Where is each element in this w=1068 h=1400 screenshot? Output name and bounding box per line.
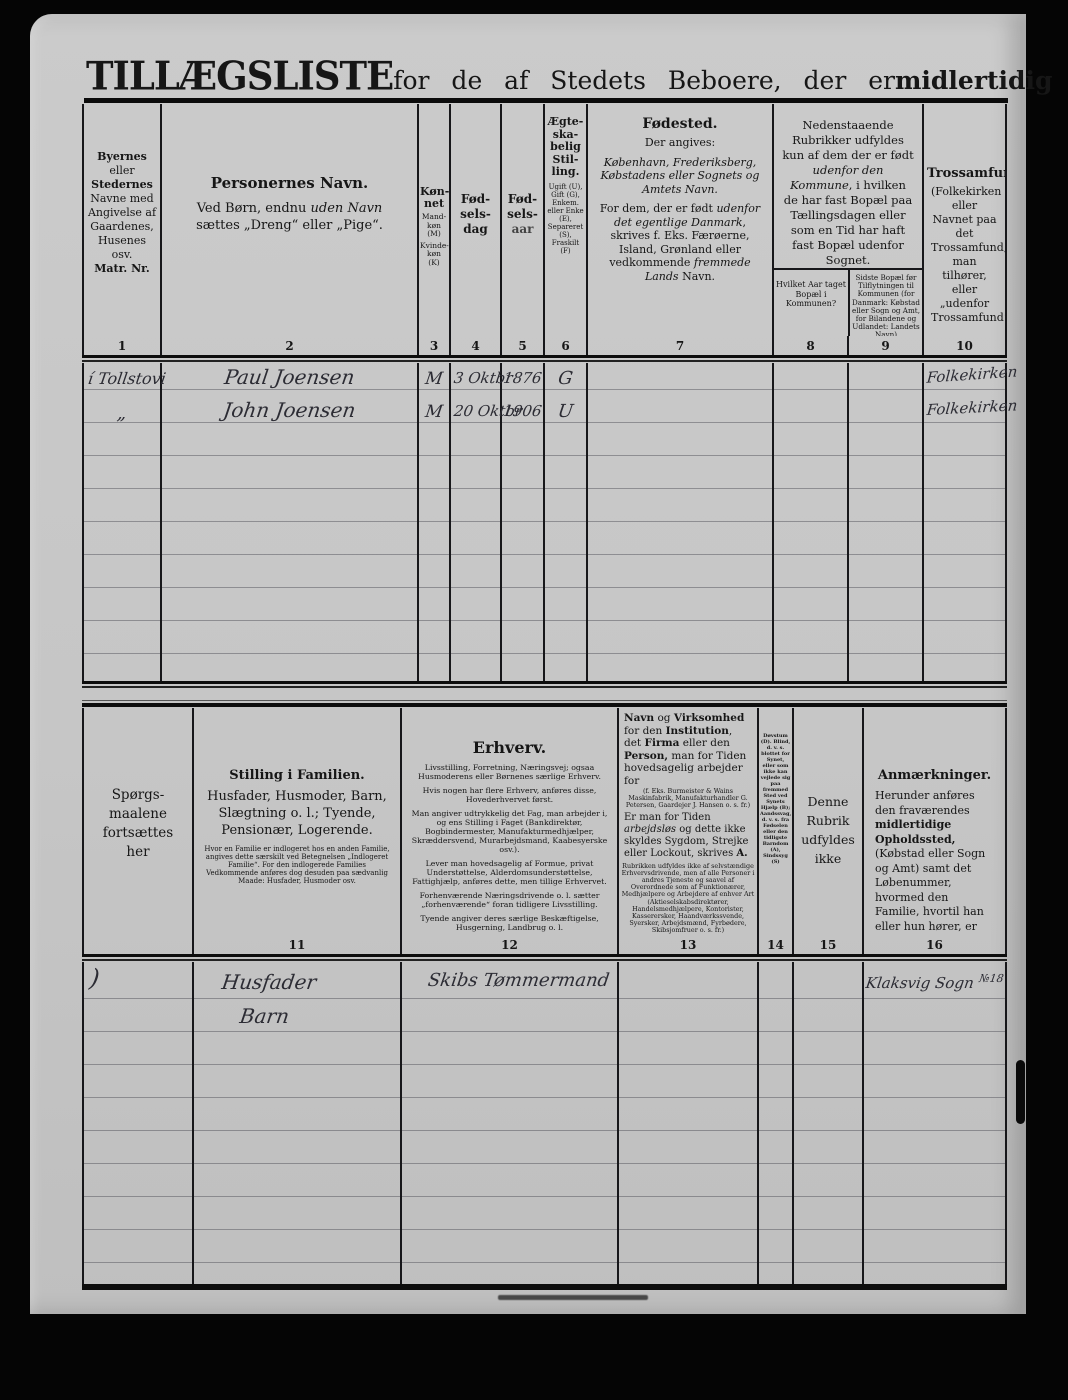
upper-table-header: Byernes eller Stedernes Navne med Angive… bbox=[82, 104, 1007, 336]
body-col-side: ) bbox=[84, 962, 194, 1284]
printer-imprint bbox=[498, 1295, 648, 1300]
entry-religion-row1: Folkekirken bbox=[926, 363, 1006, 386]
upper-table: Byernes eller Stedernes Navne med Angive… bbox=[82, 104, 1007, 689]
col1-matrnr: Matr. Nr. bbox=[87, 262, 157, 276]
body-col-remarks: Klaksvig Sogn №18 bbox=[864, 962, 1007, 1284]
colnum-10: 10 bbox=[924, 336, 1007, 355]
col7-p3: For dem, der er født udenfor det egentli… bbox=[591, 202, 769, 283]
col5-header: Fød-sels-aar bbox=[502, 104, 545, 336]
col3-header: Køn-net Mand-køn(M) Kvinde-køn(K) bbox=[419, 104, 451, 336]
census-form-page: TILLÆGSLISTE for de af Stedets Beboere, … bbox=[30, 14, 1026, 1314]
entry-remark-row1: Klaksvig Sogn №18 bbox=[865, 972, 1007, 992]
body-col-occupation: Skibs Tømmermand bbox=[402, 962, 619, 1284]
upper-table-column-numbers: 1 2 3 4 5 6 7 8 9 10 bbox=[82, 336, 1007, 355]
col5-title: Fød-sels-aar bbox=[505, 192, 540, 237]
col10-header: Trossamfund (Folkekirken eller Navnet pa… bbox=[924, 104, 1007, 336]
col11-header: Stilling i Familien. Husfader, Husmoder,… bbox=[194, 708, 402, 935]
entry-place-row1: í Tollstovi bbox=[87, 369, 162, 388]
colnum-side-empty bbox=[84, 935, 194, 954]
col11-sub: Husfader, Husmoder, Barn, Slægtning o. l… bbox=[197, 788, 397, 839]
colnum-15: 15 bbox=[794, 935, 864, 954]
colnum-3: 3 bbox=[419, 336, 451, 355]
col8-subheader: Hvilket Aar taget Bopæl i Kommunen? bbox=[774, 270, 848, 336]
colnum-13: 13 bbox=[619, 935, 759, 954]
col2-sub: Ved Børn, endnu uden Navn sættes „Dreng“… bbox=[165, 200, 414, 234]
col15-note: DenneRubrikudfyldesikke bbox=[797, 792, 859, 868]
entry-sex-row1: M bbox=[418, 369, 451, 389]
col1-header: Byernes eller Stedernes Navne med Angive… bbox=[84, 104, 162, 336]
body-col-name: Paul Joensen John Joensen bbox=[162, 363, 419, 681]
body-col-last-residence bbox=[849, 363, 924, 681]
col7-header: Fødested. Der angives: København, Freder… bbox=[588, 104, 774, 336]
colnum-9: 9 bbox=[849, 336, 924, 355]
col13-fine1: (f. Eks. Burmeister & Wains Maskinfabrik… bbox=[621, 788, 755, 810]
title-rule bbox=[84, 98, 1008, 103]
col13-fine2: Rubrikken udfyldes ikke af selvstændige … bbox=[621, 863, 755, 935]
col4-title: Fød-sels-dag bbox=[454, 192, 497, 237]
colnum-11: 11 bbox=[194, 935, 402, 954]
entry-family-row2: Barn bbox=[238, 1004, 401, 1028]
col16-header: Anmærkninger. Herunder anføres den fravæ… bbox=[864, 708, 1007, 935]
col2-sub-text: Ved Børn, endnu bbox=[197, 201, 311, 216]
col15-header: DenneRubrikudfyldesikke bbox=[794, 708, 864, 935]
header-divider-rule bbox=[82, 355, 1007, 363]
body-col-birthday: 3 Oktbr 20 Oktbr bbox=[451, 363, 502, 681]
entry-occupation-row1: Skibs Tømmermand bbox=[427, 970, 619, 991]
questions-continue-label: Spørgs-maalenefortsættesher bbox=[87, 786, 189, 862]
lower-table-column-numbers: 11 12 13 14 15 16 bbox=[82, 935, 1007, 954]
colnum-5: 5 bbox=[502, 336, 545, 355]
col3-title: Køn-net bbox=[420, 186, 448, 210]
col12-p2: Hvis nogen har flere Erhverv, anføres di… bbox=[411, 786, 608, 804]
col7-title: Fødested. bbox=[591, 116, 769, 132]
col8-9-group-header: Nedenstaaende Rubrikker udfyldes kun af … bbox=[774, 104, 924, 336]
col12-p4: Lever man hovedsagelig af Formue, privat… bbox=[411, 859, 608, 886]
col1-line: Gaardenes, bbox=[87, 220, 157, 234]
body-col-year-moved bbox=[774, 363, 849, 681]
entry-religion-row2: Folkekirken bbox=[926, 397, 1006, 419]
title-mid: for de af Stedets Beboere, der er bbox=[393, 66, 895, 95]
col12-p6: Tyende angiver deres særlige Beskæftigel… bbox=[411, 914, 608, 932]
body-col-place: í Tollstovi „ bbox=[84, 363, 162, 681]
entry-birthday-row1: 3 Oktbr bbox=[453, 369, 502, 387]
col1-line: Husenes osv. bbox=[87, 234, 157, 262]
col6-header: Ægte-ska-beligStil-ling. Ugift (U), Gift… bbox=[545, 104, 588, 336]
group89-subheaders: Hvilket Aar taget Bopæl i Kommunen? Sids… bbox=[774, 268, 922, 336]
col13-lead: Navn og Virksomhed for den Institution, … bbox=[621, 710, 755, 787]
colnum-12: 12 bbox=[402, 935, 619, 954]
upper-table-bottom-rule bbox=[82, 681, 1007, 689]
col12-title: Erhverv. bbox=[405, 738, 614, 757]
col16-title: Anmærkninger. bbox=[867, 768, 1002, 783]
entry-name-row1: Paul Joensen bbox=[160, 365, 418, 389]
title-tail: midlertidig fraværende. bbox=[895, 66, 1068, 95]
col13-p2: Er man for Tiden arbejdsløs og dette ikk… bbox=[621, 810, 755, 862]
col16-body: Herunder anføres den fraværendes midlert… bbox=[867, 789, 1002, 935]
group89-note: Nedenstaaende Rubrikker udfyldes kun af … bbox=[774, 104, 922, 268]
body-col-religion: Folkekirken Folkekirken bbox=[924, 363, 1007, 681]
col13-header: Navn og Virksomhed for den Institution, … bbox=[619, 708, 759, 935]
body-col-disability bbox=[759, 962, 794, 1284]
body-col-family-position: Husfader Barn bbox=[194, 962, 402, 1284]
upper-table-body: í Tollstovi „ Paul Joensen John Joensen … bbox=[82, 363, 1007, 681]
lower-table-bottom-rule bbox=[82, 1284, 1007, 1290]
colnum-16: 16 bbox=[864, 935, 1007, 954]
col1-line: Stedernes bbox=[87, 178, 157, 192]
col10-sub: (Folkekirken eller Navnet paa det Trossa… bbox=[927, 185, 1002, 325]
col12-header: Erhverv. Livsstilling, Forretning, Nærin… bbox=[402, 708, 619, 935]
lower-table-top-rule bbox=[82, 700, 1007, 708]
col6-sub: Ugift (U), Gift (G), Enkem. eller Enke (… bbox=[546, 183, 585, 255]
entry-remark-number: №18 bbox=[978, 972, 1004, 985]
col1-line: Navne med bbox=[87, 192, 157, 206]
col1-line: Angivelse af bbox=[87, 206, 157, 220]
col9-subheader: Sidste Bopæl før Tilflytningen til Kommu… bbox=[848, 270, 922, 336]
entry-birthday-row2: 20 Oktbr bbox=[453, 402, 502, 420]
body-col-marital: G U bbox=[545, 363, 588, 681]
col14-header: Døvstum (D). Blind, d. v. s. blottet for… bbox=[759, 708, 794, 935]
col2-sub-text: sættes „Dreng“ eller „Pige“. bbox=[196, 218, 383, 233]
handwritten-bracket-mark: ) bbox=[88, 964, 194, 992]
col2-sub-italic: uden Navn bbox=[311, 201, 383, 216]
col2-header: Personernes Navn. Ved Børn, endnu uden N… bbox=[162, 104, 419, 336]
entry-marital-row2: U bbox=[544, 401, 588, 422]
colnum-8: 8 bbox=[774, 336, 849, 355]
side-label-cell: Spørgs-maalenefortsættesher bbox=[84, 708, 194, 935]
col12-p1: Livsstilling, Forretning, Næringsvej; og… bbox=[411, 763, 608, 781]
colnum-4: 4 bbox=[451, 336, 502, 355]
lower-table: Spørgs-maalenefortsættesher Stilling i F… bbox=[82, 700, 1007, 1290]
lower-table-header: Spørgs-maalenefortsættesher Stilling i F… bbox=[82, 708, 1007, 935]
page-title: TILLÆGSLISTE for de af Stedets Beboere, … bbox=[86, 54, 1008, 98]
lower-table-body: ) Husfader Barn Skibs Tømmermand Klaksvi… bbox=[82, 962, 1007, 1284]
body-col-employer bbox=[619, 962, 759, 1284]
colnum-2: 2 bbox=[162, 336, 419, 355]
col7-p2: København, Frederiksberg, Købstadens ell… bbox=[591, 156, 769, 197]
col7-p1: Der angives: bbox=[591, 136, 769, 150]
entry-family-row1: Husfader bbox=[220, 970, 401, 994]
col11-fineprint: Hvor en Familie er indlogeret hos en and… bbox=[197, 845, 397, 885]
colnum-6: 6 bbox=[545, 336, 588, 355]
colnum-1: 1 bbox=[84, 336, 162, 355]
col1-line: Byernes bbox=[87, 150, 157, 164]
col3-sub: Mand-køn(M) Kvinde-køn(K) bbox=[420, 213, 448, 267]
col2-title: Personernes Navn. bbox=[165, 174, 414, 192]
colnum-14: 14 bbox=[759, 935, 794, 954]
body-col-sex: M M bbox=[419, 363, 451, 681]
lower-header-divider-rule bbox=[82, 954, 1007, 962]
col10-title: Trossamfund bbox=[927, 166, 1002, 181]
entry-marital-row1: G bbox=[544, 368, 588, 389]
entry-sex-row2: M bbox=[418, 402, 451, 422]
entry-place-row2-ditto: „ bbox=[83, 403, 162, 424]
col11-title: Stilling i Familien. bbox=[197, 768, 397, 783]
title-word: TILLÆGSLISTE bbox=[86, 53, 393, 99]
scan-edge-artifact bbox=[1016, 1060, 1025, 1124]
col6-title: Ægte-ska-beligStil-ling. bbox=[546, 116, 585, 179]
scan-backdrop: TILLÆGSLISTE for de af Stedets Beboere, … bbox=[0, 0, 1068, 1400]
entry-name-row2: John Joensen bbox=[160, 398, 418, 422]
col4-header: Fød-sels-dag bbox=[451, 104, 502, 336]
body-col-birthplace bbox=[588, 363, 774, 681]
col14-microtext: Døvstum (D). Blind, d. v. s. blottet for… bbox=[760, 709, 791, 865]
col12-p3: Man angiver udtrykkelig det Fag, man arb… bbox=[411, 809, 608, 854]
colnum-7: 7 bbox=[588, 336, 774, 355]
col1-line: eller bbox=[87, 164, 157, 178]
body-col-unused bbox=[794, 962, 864, 1284]
col12-p5: Forhenværende Næringsdrivende o. l. sætt… bbox=[411, 891, 608, 909]
